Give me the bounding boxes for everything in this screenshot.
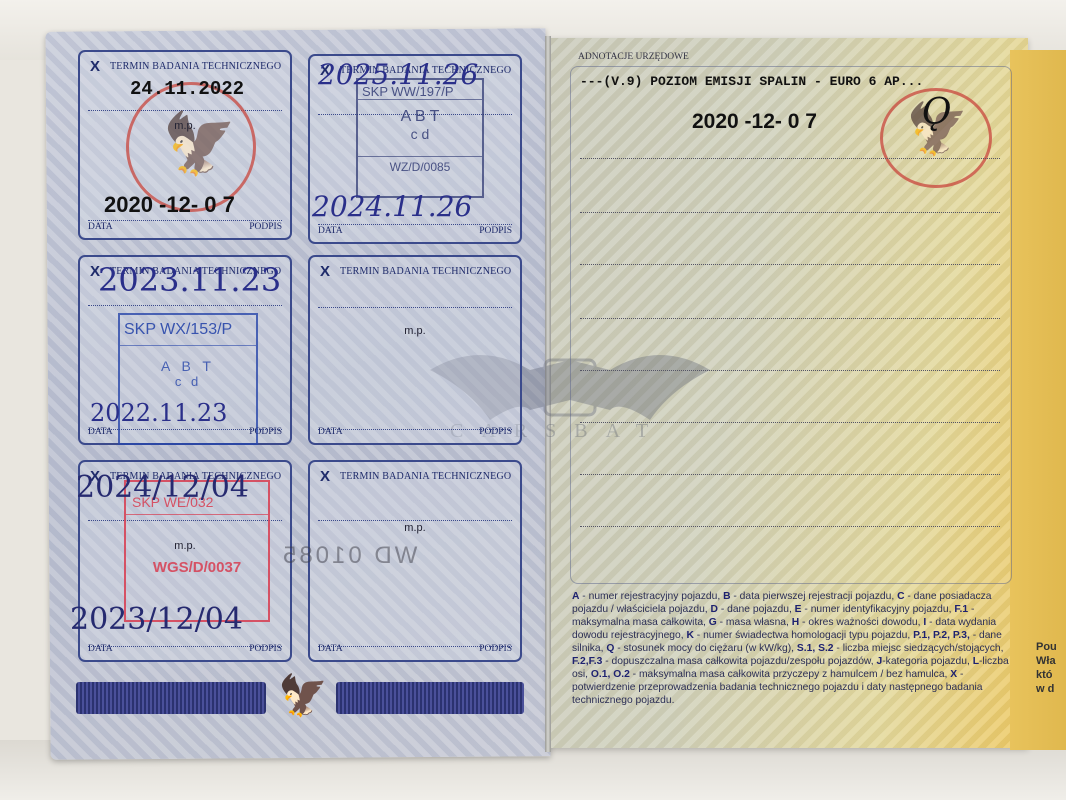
podpis-label: PODPIS <box>479 427 512 437</box>
snippet-line: w d <box>1036 682 1057 696</box>
legend-key: S.1, S.2 <box>797 643 834 654</box>
data-label: DATA <box>88 644 113 654</box>
legend-key: F.2,F.3 <box>572 656 602 667</box>
legend-key: F.1 <box>954 604 968 615</box>
legend-text: - liczba miejsc siedzących/stojących, <box>834 643 1004 654</box>
inspection-box-4: X TERMIN BADANIA TECHNICZNEGO m.p. DATA … <box>308 255 522 445</box>
emission-annotation: ---(V.9) POZIOM EMISJI SPALIN - EURO 6 A… <box>580 74 923 89</box>
legend-text: - numer świadectwa homologacji typu poja… <box>694 630 913 641</box>
dotted-line <box>580 370 1000 371</box>
podpis-label: PODPIS <box>249 427 282 437</box>
legend-text: - okres ważności dowodu, <box>799 617 923 628</box>
dotted-line <box>580 422 1000 423</box>
snippet-line: któ <box>1036 668 1057 682</box>
handwritten-inspection-date: 2023/12/04 <box>70 602 243 637</box>
mp-label: m.p. <box>310 522 520 534</box>
legend-key: D <box>711 604 718 615</box>
inspection-box-3: X TERMIN BADANIA TECHNICZNEGO SKP WX/153… <box>78 255 292 445</box>
skp-stamp: SKP WW/197/P A B T c d WZ/D/0085 <box>356 78 484 198</box>
field-legend: A - numer rejestracyjny pojazdu, B - dat… <box>572 590 1012 707</box>
inspection-box-1: X TERMIN BADANIA TECHNICZNEGO 🦅 24.11.20… <box>78 50 292 240</box>
handwritten-inspection-date: 2024.11.26 <box>312 190 472 223</box>
x-mark: X <box>320 263 330 280</box>
handwritten-next-inspection: 2024/12/04 <box>76 470 249 505</box>
mp-label: m.p. <box>80 540 290 552</box>
snippet-line: Pou <box>1036 640 1057 654</box>
stamp-line: A B T <box>358 108 482 126</box>
podpis-label: PODPIS <box>479 226 512 236</box>
box-header: TERMIN BADANIA TECHNICZNEGO <box>340 471 511 482</box>
dotted-line <box>88 220 282 221</box>
polish-eagle-icon: 🦅 <box>278 672 328 719</box>
legend-text: - numer identyfikacyjny pojazdu, <box>802 604 955 615</box>
dotted-line <box>318 307 512 308</box>
signature: Ǫ <box>922 92 952 133</box>
security-strip-left <box>76 682 266 714</box>
dotted-line <box>580 526 1000 527</box>
podpis-label: PODPIS <box>479 644 512 654</box>
inspection-date: 2020 -12- 0 7 <box>104 192 235 218</box>
perforation-number: WD 01085 <box>280 542 417 570</box>
mp-label: m.p. <box>310 325 520 337</box>
legend-key: B <box>723 591 730 602</box>
inspection-box-6: X TERMIN BADANIA TECHNICZNEGO m.p. WD 01… <box>308 460 522 662</box>
box-header: TERMIN BADANIA TECHNICZNEGO <box>340 266 511 277</box>
legend-key: E <box>795 604 802 615</box>
inspection-box-2: X TERMIN BADANIA TECHNICZNEGO SKP WW/197… <box>308 54 522 244</box>
legend-key: K <box>686 630 693 641</box>
data-label: DATA <box>88 427 113 437</box>
dotted-line <box>88 305 282 306</box>
security-strip-right <box>336 682 524 714</box>
legend-text: - dopuszczalna masa całkowita pojazdu/ze… <box>602 656 876 667</box>
box-header: TERMIN BADANIA TECHNICZNEGO <box>110 61 281 72</box>
dotted-line <box>580 474 1000 475</box>
legend-key: C <box>897 591 904 602</box>
legend-text: - data pierwszej rejestracji pojazdu, <box>731 591 898 602</box>
x-mark: X <box>90 58 100 75</box>
legend-text: -kategoria pojazdu, <box>882 656 972 667</box>
inspection-box-5: X TERMIN BADANIA TECHNICZNEGO SKP WE/032… <box>78 460 292 662</box>
stamp-line: c d <box>120 374 256 389</box>
dotted-line <box>318 520 512 521</box>
dotted-line <box>580 318 1000 319</box>
dotted-line <box>580 264 1000 265</box>
data-label: DATA <box>88 222 113 232</box>
dotted-line <box>580 212 1000 213</box>
data-label: DATA <box>318 644 343 654</box>
legend-text: - stosunek mocy do ciężaru (w kW/kg), <box>614 643 797 654</box>
stamp-line: c d <box>358 126 482 142</box>
dotted-line <box>580 158 1000 159</box>
next-page-text: Pou Wła któ w d <box>1036 640 1057 696</box>
podpis-label: PODPIS <box>249 644 282 654</box>
x-mark: X <box>320 468 330 485</box>
stamp-line: WGS/D/0037 <box>126 559 268 576</box>
handwritten-next-inspection: 2023.11.23 <box>98 261 281 299</box>
handwritten-next-inspection: 2025.11.26 <box>318 58 478 91</box>
podpis-label: PODPIS <box>249 222 282 232</box>
legend-text: - numer rejestracyjny pojazdu, <box>579 591 723 602</box>
data-label: DATA <box>318 226 343 236</box>
snippet-line: Wła <box>1036 654 1057 668</box>
dotted-line <box>318 224 512 225</box>
stamp-line: SKP WX/153/P <box>120 315 256 346</box>
legend-key: G <box>709 617 717 628</box>
annotations-title: ADNOTACJE URZĘDOWE <box>578 52 689 62</box>
stamp-line: A B T <box>120 358 256 374</box>
handwritten-inspection-date: 2022.11.23 <box>90 399 227 427</box>
legend-key: P.1, P.2, P.3, <box>913 630 970 641</box>
legend-text: - masa własna, <box>717 617 792 628</box>
annotation-date: 2020 -12- 0 7 <box>692 110 817 134</box>
legend-text: - maksymalna masa całkowita przyczepy z … <box>630 669 950 680</box>
legend-key: O.1, O.2 <box>591 669 630 680</box>
next-inspection-date: 24.11.2022 <box>130 78 244 100</box>
data-label: DATA <box>318 427 343 437</box>
stamp-line: WZ/D/0085 <box>358 156 482 174</box>
legend-text: - dane pojazdu, <box>718 604 795 615</box>
mp-label: m.p. <box>80 120 290 132</box>
